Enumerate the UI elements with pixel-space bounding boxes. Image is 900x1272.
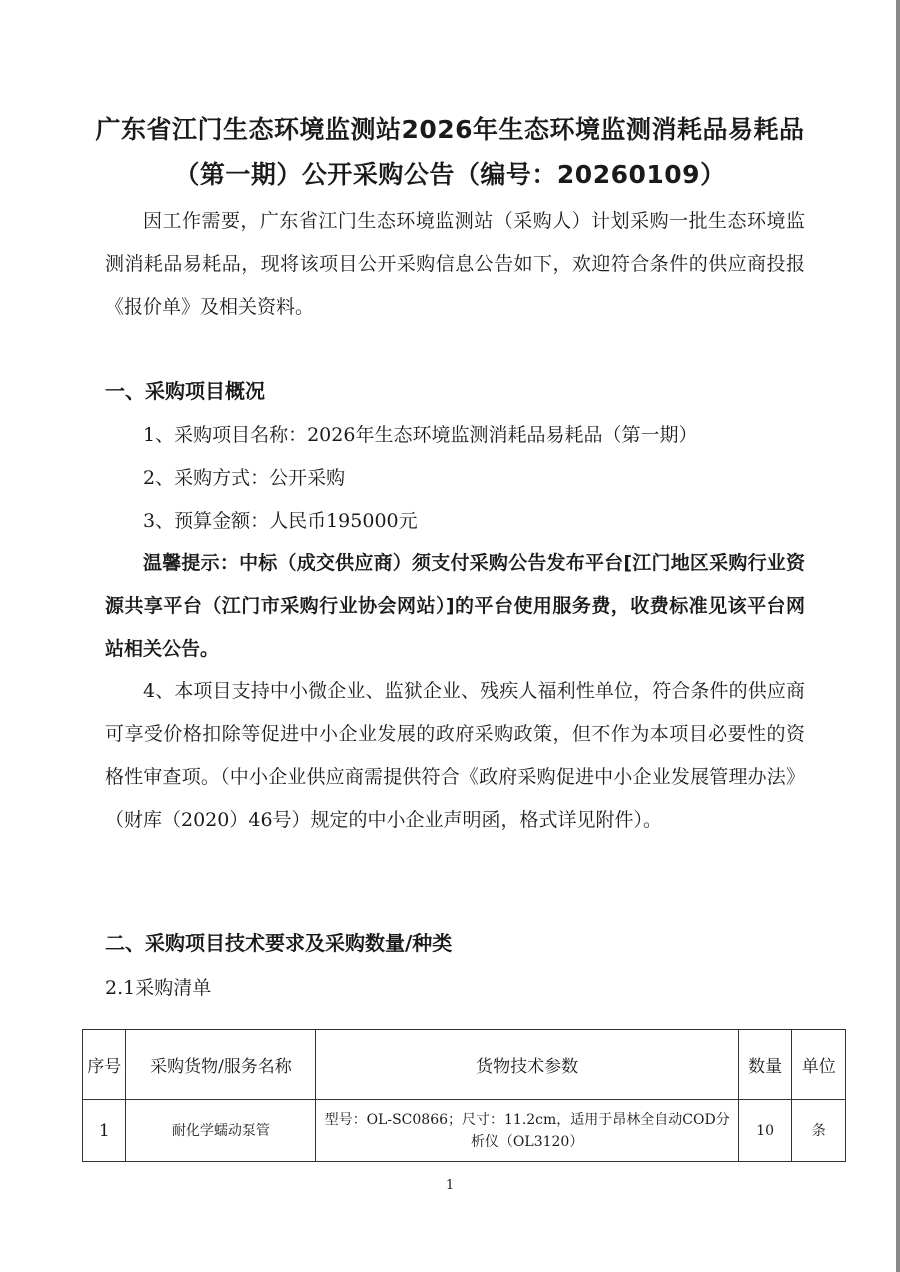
procurement-table: 序号 采购货物/服务名称 货物技术参数 数量 单位 1 耐化学蠕动泵管 型号：O… bbox=[82, 1029, 846, 1162]
header-unit: 单位 bbox=[792, 1030, 846, 1100]
header-quantity: 数量 bbox=[738, 1030, 792, 1100]
header-index: 序号 bbox=[83, 1030, 126, 1100]
cell-unit: 条 bbox=[792, 1100, 846, 1162]
scan-edge bbox=[896, 0, 900, 1272]
cell-specs: 型号：OL-SC0866；尺寸：11.2cm，适用于昂林全自动COD分析仪（OL… bbox=[316, 1100, 738, 1162]
item-2: 2、采购方式：公开采购 bbox=[143, 463, 345, 490]
section2-sub: 2.1采购清单 bbox=[105, 973, 211, 1000]
header-item-name: 采购货物/服务名称 bbox=[126, 1030, 316, 1100]
page-number: 1 bbox=[0, 1178, 900, 1193]
table-header-row: 序号 采购货物/服务名称 货物技术参数 数量 单位 bbox=[83, 1030, 846, 1100]
header-specs: 货物技术参数 bbox=[316, 1030, 738, 1100]
title-line-1: 广东省江门生态环境监测站2026年生态环境监测消耗品易耗品 bbox=[0, 110, 900, 146]
cell-item-name: 耐化学蠕动泵管 bbox=[126, 1100, 316, 1162]
item-1: 1、采购项目名称：2026年生态环境监测消耗品易耗品（第一期） bbox=[143, 420, 697, 447]
title-line-2: （第一期）公开采购公告（编号：20260109） bbox=[0, 155, 900, 191]
item-4-paragraph: 4、本项目支持中小微企业、监狱企业、残疾人福利性单位，符合条件的供应商可享受价格… bbox=[105, 670, 805, 842]
section1-heading: 一、采购项目概况 bbox=[105, 375, 265, 404]
cell-quantity: 10 bbox=[738, 1100, 792, 1162]
item-3: 3、预算金额：人民币195000元 bbox=[143, 506, 418, 533]
intro-paragraph: 因工作需要，广东省江门生态环境监测站（采购人）计划采购一批生态环境监测消耗品易耗… bbox=[105, 200, 805, 329]
notice-paragraph: 温馨提示：中标（成交供应商）须支付采购公告发布平台[江门地区采购行业资源共享平台… bbox=[105, 542, 805, 671]
document-page: 广东省江门生态环境监测站2026年生态环境监测消耗品易耗品 （第一期）公开采购公… bbox=[0, 0, 900, 1272]
cell-index: 1 bbox=[83, 1100, 126, 1162]
table-row: 1 耐化学蠕动泵管 型号：OL-SC0866；尺寸：11.2cm，适用于昂林全自… bbox=[83, 1100, 846, 1162]
section2-heading: 二、采购项目技术要求及采购数量/种类 bbox=[105, 927, 452, 956]
